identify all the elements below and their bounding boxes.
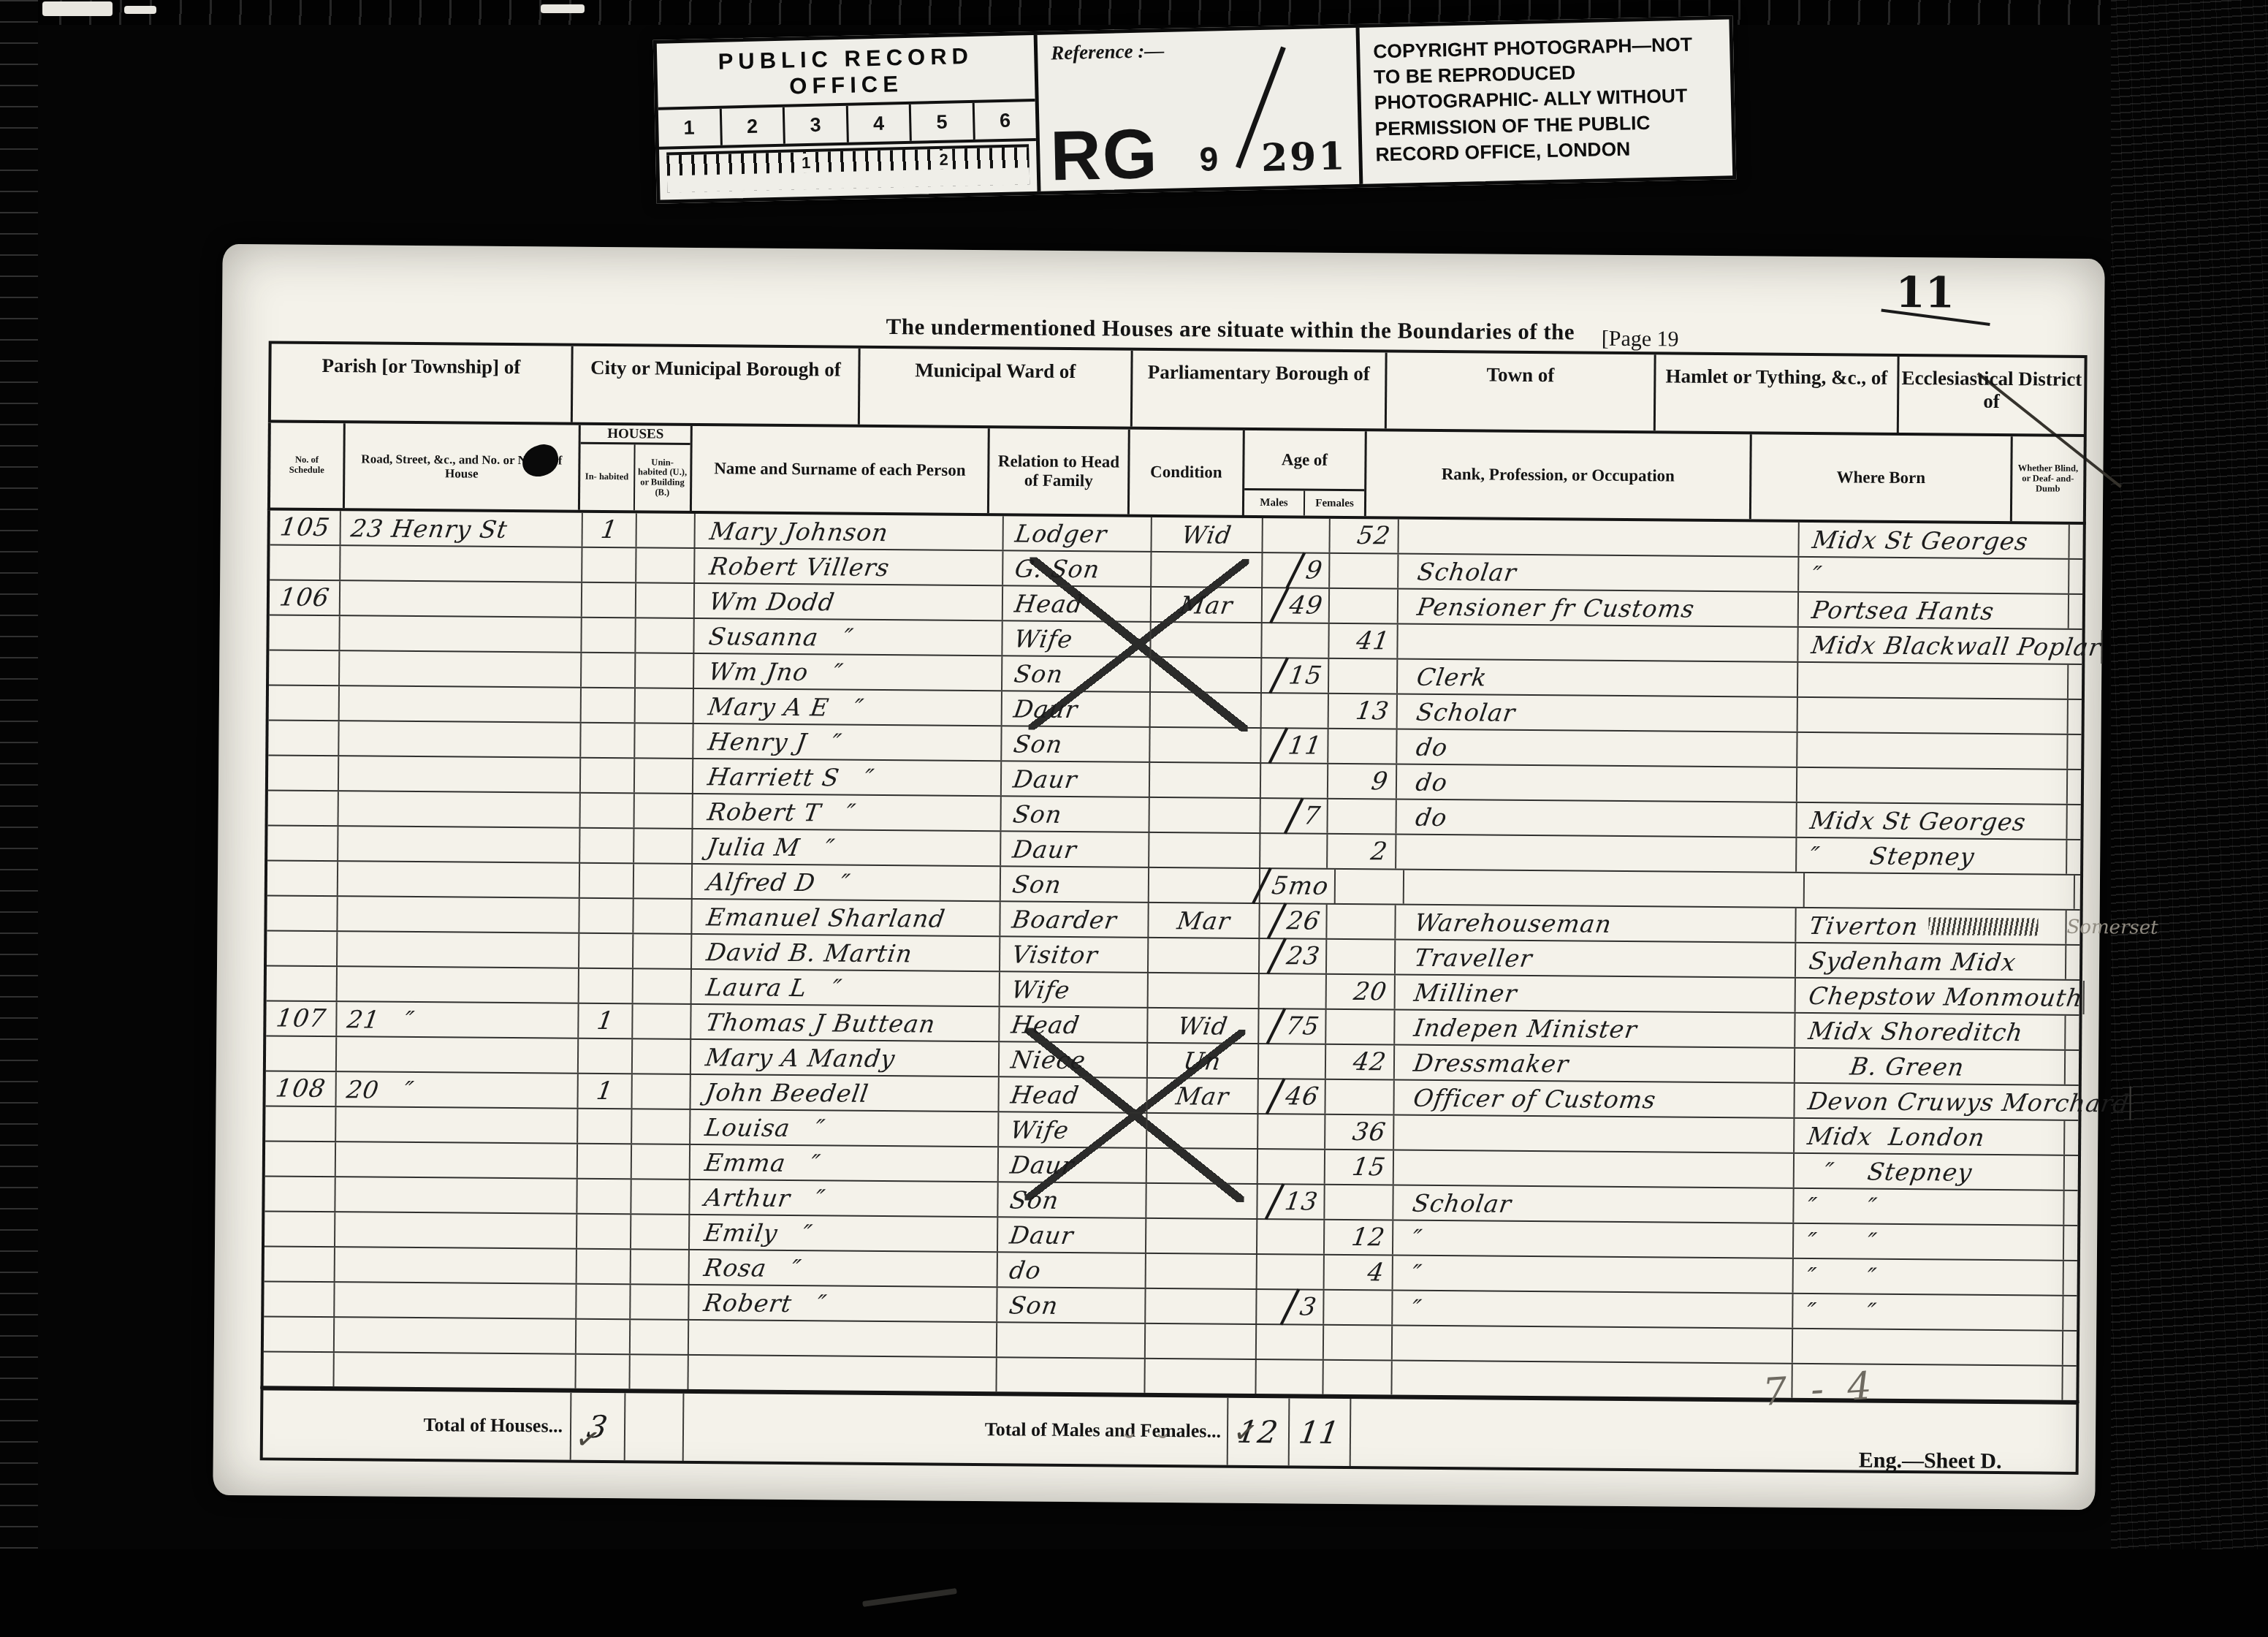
row-person-name-text: Arthur ″	[703, 1183, 828, 1212]
row-occupation	[1396, 835, 1797, 872]
ruler-number: 1	[658, 109, 723, 147]
row-uninhabited	[631, 1180, 690, 1214]
row-schedule-number	[269, 685, 340, 720]
row-age-female	[1330, 589, 1399, 623]
row-relation-text: Son	[1008, 1185, 1062, 1214]
row-age-female-text: 42	[1351, 1047, 1388, 1076]
row-age-male: 75	[1259, 1009, 1326, 1044]
row-age-male: 46	[1258, 1079, 1325, 1114]
row-age-male-text: 23	[1285, 941, 1322, 971]
row-schedule-number	[268, 791, 339, 825]
row-age-female-text: 15	[1350, 1152, 1388, 1182]
row-uninhabited	[631, 1285, 689, 1319]
row-age-female	[1328, 729, 1397, 764]
pro-reference-panel: Reference :— RG 9 291	[1038, 28, 1363, 191]
row-address	[338, 897, 579, 933]
row-relation: Niece	[1000, 1042, 1148, 1077]
col-header-schedule: No. of Schedule	[270, 422, 346, 508]
row-relation-text: Visitor	[1010, 940, 1100, 969]
row-occupation-text: Traveller	[1412, 943, 1534, 972]
row-person-name: Robert Villers	[695, 549, 1003, 585]
row-birthplace-text: Midx St Georges	[1811, 525, 2031, 555]
row-age-male: 13	[1257, 1185, 1325, 1219]
col-header-blind: Whether Blind, or Deaf- and-Dumb	[2012, 436, 2084, 522]
row-uninhabited	[633, 1039, 691, 1074]
col-header-females: Females	[1305, 491, 1364, 517]
row-schedule-number	[267, 896, 338, 930]
col-header-males: Males	[1244, 490, 1305, 516]
row-address	[336, 1107, 578, 1143]
row-inhabited	[579, 899, 633, 933]
row-occupation: ″	[1393, 1291, 1793, 1328]
row-person-name: Thomas J Buttean	[691, 1005, 1000, 1041]
row-blind-note	[2067, 805, 2080, 839]
row-relation: Daur	[1001, 832, 1149, 867]
row-blind-note	[2065, 1121, 2078, 1155]
row-age-male	[1261, 764, 1328, 798]
row-occupation-text: ″	[1410, 1223, 1424, 1252]
row-schedule-number-text: 107	[274, 1004, 328, 1033]
row-birthplace	[1805, 873, 2075, 909]
row-occupation: ″	[1393, 1256, 1794, 1293]
col-header-houses: HOUSES In- habited Unin- habited (U.), o…	[580, 425, 693, 511]
ruler-sub-label: 2	[935, 151, 953, 170]
row-relation	[997, 1323, 1146, 1358]
row-person-name: Mary A Mandy	[691, 1040, 1000, 1076]
row-age-female: 12	[1325, 1220, 1393, 1255]
row-relation-text: Wife	[1010, 975, 1072, 1004]
row-person-name: Arthur ″	[690, 1180, 998, 1216]
row-birthplace	[1797, 768, 2068, 804]
row-condition	[1146, 1324, 1257, 1359]
row-blind-note	[2075, 876, 2080, 909]
row-relation: G. Son	[1003, 551, 1152, 586]
row-schedule-number: 108	[266, 1071, 337, 1106]
row-relation-text: Son	[1012, 659, 1065, 688]
row-condition	[1152, 552, 1263, 587]
pro-office-title: PUBLIC RECORD OFFICE	[657, 35, 1035, 110]
col-header-road: Road, Street, &c., and No. or Name of Ho…	[345, 423, 581, 510]
row-inhabited: 1	[583, 513, 637, 547]
row-inhabited	[576, 1320, 631, 1354]
row-occupation-text: ″	[1410, 1258, 1424, 1287]
row-condition	[1146, 1184, 1257, 1218]
census-table: Parish [or Township] of City or Municipa…	[260, 341, 2088, 1475]
row-birthplace: B. Green	[1795, 1049, 2066, 1085]
row-person-name-text: John Beedell	[704, 1078, 871, 1108]
row-schedule-number-text: 108	[273, 1074, 327, 1104]
ruler-sub-label: 1	[797, 153, 815, 173]
row-address	[338, 967, 579, 1003]
film-scratch	[541, 4, 585, 13]
row-condition	[1146, 1289, 1257, 1323]
row-birthplace: Tiverton	[1796, 908, 2066, 944]
row-address	[339, 721, 581, 757]
row-birthplace	[1798, 663, 2069, 699]
row-birthplace-text: ″ Stepney	[1805, 1157, 1974, 1187]
row-occupation: Milliner	[1396, 976, 1796, 1012]
header-parliamentary-borough: Parliamentary Borough of	[1133, 351, 1388, 429]
row-relation: Daur	[1002, 761, 1150, 797]
tally-stroke	[1280, 1288, 1301, 1325]
ruler-tick-scale: 1 2	[666, 144, 1030, 192]
row-address: 21 ″	[337, 1002, 579, 1038]
row-inhabited	[578, 1144, 632, 1179]
row-birthplace: Midx St Georges	[1797, 803, 2067, 839]
row-uninhabited	[631, 1250, 690, 1284]
row-occupation: ″	[1393, 1221, 1794, 1258]
row-age-female: 52	[1330, 519, 1399, 553]
total-females-handwritten: 11	[1297, 1414, 1343, 1450]
row-address	[338, 932, 579, 968]
row-age-female: 9	[1328, 764, 1397, 799]
row-birthplace: Midx London	[1795, 1119, 2065, 1155]
row-condition	[1147, 1149, 1258, 1183]
row-schedule-number-text: 105	[278, 513, 332, 542]
row-uninhabited	[630, 1355, 688, 1389]
row-birthplace-text: ″	[1810, 561, 1824, 589]
row-age-female	[1336, 870, 1404, 904]
row-age-female-text: 9	[1369, 767, 1390, 796]
row-blind-note	[2063, 1332, 2077, 1365]
row-person-name: Louisa ″	[690, 1110, 999, 1146]
row-relation: Wife	[1002, 621, 1151, 656]
row-person-name: Mary Johnson	[696, 514, 1004, 550]
row-schedule-number: 105	[270, 510, 341, 544]
check-mark: ✓	[1231, 1414, 1260, 1451]
row-birthplace: Midx Shoreditch	[1795, 1014, 2066, 1049]
row-inhabited	[576, 1355, 630, 1389]
page-number-label: [Page 19	[1602, 327, 1679, 352]
row-occupation: Indepen Minister	[1395, 1011, 1795, 1047]
row-occupation: do	[1396, 800, 1797, 837]
row-age-female: 13	[1329, 694, 1398, 729]
row-person-name-text: Emanuel Sharland	[705, 903, 948, 933]
film-edge-left	[0, 0, 38, 1637]
row-uninhabited	[635, 723, 693, 758]
col-header-text: Whether Blind, or Deaf- and-Dumb	[2014, 464, 2082, 495]
row-birthplace: ″ ″	[1794, 1224, 2064, 1260]
row-age-male	[1260, 974, 1327, 1009]
row-occupation-text: Scholar	[1415, 697, 1518, 726]
row-schedule-number	[265, 1247, 335, 1281]
row-person-name: Emma ″	[690, 1145, 999, 1181]
row-relation: Head	[1003, 586, 1152, 621]
row-relation	[997, 1358, 1145, 1393]
row-age-male-text: 5mo	[1270, 871, 1331, 901]
row-address	[336, 1142, 578, 1178]
ruler-number: 2	[721, 107, 785, 145]
row-person-name-text: Wm Jno ″	[707, 657, 845, 686]
row-age-female: 42	[1326, 1045, 1395, 1079]
row-occupation: Clerk	[1398, 660, 1798, 696]
tally-stroke	[1264, 1183, 1285, 1220]
row-relation: Lodger	[1004, 516, 1152, 551]
row-uninhabited	[631, 1320, 689, 1354]
row-uninhabited	[636, 548, 695, 582]
row-inhabited	[582, 653, 636, 688]
row-inhabited-text: 1	[598, 515, 620, 544]
row-occupation-text: Pensioner fr Customs	[1415, 592, 1697, 623]
row-age-male	[1260, 834, 1328, 868]
row-blind-note	[2067, 840, 2080, 874]
row-person-name-text: Harriett S ″	[706, 762, 876, 792]
row-age-male-text: 15	[1287, 661, 1324, 690]
row-person-name-text: David B. Martin	[704, 938, 914, 968]
row-inhabited	[582, 548, 636, 582]
row-birthplace-text: Chepstow Monmouth	[1807, 981, 2085, 1012]
row-uninhabited	[636, 653, 694, 688]
row-schedule-number	[267, 966, 338, 1000]
row-age-male	[1257, 1220, 1325, 1254]
row-age-male-text: 3	[1298, 1293, 1320, 1322]
col-header-inhabited: In- habited	[580, 444, 635, 510]
row-birthplace-text: Sydenham Midx	[1807, 946, 2018, 976]
row-relation: Son	[1001, 797, 1149, 832]
row-schedule-number	[269, 650, 340, 685]
row-condition	[1149, 833, 1260, 867]
film-edge-bottom	[0, 1549, 2268, 1637]
houses-subheaders: In- habited Unin- habited (U.), or Build…	[580, 444, 690, 511]
row-schedule-number	[267, 861, 338, 895]
sheet-designation: Eng.—Sheet D.	[1859, 1448, 2002, 1475]
row-schedule-number	[268, 721, 339, 755]
row-schedule-number	[267, 931, 338, 965]
row-condition: Mar	[1152, 588, 1263, 622]
row-birthplace-text: ″ ″	[1804, 1297, 1878, 1326]
row-schedule-number	[270, 545, 340, 580]
row-occupation	[1398, 625, 1798, 661]
row-age-male-text: 49	[1287, 590, 1325, 620]
row-blind-note	[2065, 1156, 2078, 1190]
row-uninhabited	[635, 794, 693, 828]
row-birthplace-text: ″ ″	[1805, 1227, 1879, 1256]
row-occupation: Warehouseman	[1396, 905, 1796, 942]
row-age-female	[1325, 1185, 1393, 1220]
row-relation-text: Wife	[1008, 1115, 1070, 1144]
col-header-name: Name and Surname of each Person	[692, 426, 990, 513]
row-blind-note	[2068, 735, 2081, 769]
row-relation: Son	[1002, 726, 1150, 761]
row-schedule-number: 106	[270, 580, 340, 615]
row-schedule-number	[268, 756, 339, 790]
row-relation: Head	[999, 1077, 1147, 1112]
row-blind-note	[2069, 560, 2082, 593]
col-header-text: Age of	[1244, 430, 1365, 489]
header-parish: Parish [or Township] of	[271, 343, 574, 422]
row-person-name-text: Wm Dodd	[707, 587, 837, 616]
row-condition-text: Wid	[1180, 520, 1234, 549]
header-town: Town of	[1387, 352, 1656, 430]
row-condition: Mar	[1147, 1079, 1258, 1113]
row-age-female	[1323, 1361, 1392, 1395]
row-occupation	[1399, 520, 1799, 556]
row-occupation	[1393, 1326, 1793, 1363]
row-age-female-text: 36	[1350, 1117, 1388, 1147]
row-age-male	[1257, 1325, 1324, 1359]
row-inhabited: 1	[579, 1004, 633, 1038]
row-birthplace: Midx St Georges	[1799, 523, 2069, 558]
row-age-male	[1262, 694, 1329, 728]
row-relation-text: G. Son	[1013, 554, 1102, 583]
row-age-female-text: 52	[1355, 521, 1392, 550]
row-person-name-text: Julia M ″	[705, 832, 837, 862]
row-birthplace-text: Devon Cruwys Morchard	[1806, 1087, 2131, 1117]
tally-stroke	[1266, 938, 1287, 974]
row-age-male-text: 11	[1286, 731, 1323, 760]
ruler-number: 3	[785, 106, 849, 144]
row-relation-text: Head	[1013, 589, 1085, 618]
row-occupation-text: Scholar	[1415, 557, 1518, 586]
row-age-male	[1258, 1114, 1325, 1149]
tally-stroke	[1284, 797, 1304, 834]
row-uninhabited	[635, 759, 693, 793]
tally-stroke	[1266, 1078, 1286, 1114]
row-person-name-text: Mary A E ″	[707, 692, 866, 722]
total-houses-label: Total of Houses...	[263, 1390, 572, 1459]
row-person-name: Robert ″	[689, 1285, 997, 1321]
row-blind-note	[2064, 1191, 2077, 1225]
row-age-male	[1256, 1360, 1323, 1394]
row-age-male-text: 7	[1302, 802, 1323, 831]
row-occupation: Dressmaker	[1395, 1046, 1795, 1082]
struck-out-word	[1928, 917, 2038, 935]
area-header-row: Parish [or Township] of City or Municipa…	[268, 341, 2088, 437]
col-header-text: Relation to Head of Family	[991, 452, 1126, 490]
tally-stroke	[1269, 587, 1290, 623]
row-relation: Son	[1001, 867, 1149, 902]
row-relation: Wife	[1000, 972, 1149, 1007]
row-relation-text: Son	[1011, 799, 1065, 828]
reference-series: 9	[1199, 139, 1219, 179]
row-uninhabited	[637, 513, 696, 547]
col-header-uninhabited: Unin- habited (U.), or Building (B.)	[634, 445, 690, 511]
row-age-female: 41	[1329, 624, 1398, 658]
row-birthplace: ″	[1799, 558, 2069, 593]
row-age-female-text: 12	[1350, 1223, 1387, 1252]
row-condition	[1149, 938, 1260, 973]
column-header-row: No. of Schedule Road, Street, &c., and N…	[267, 422, 2087, 525]
row-person-name-text: Emily ″	[702, 1218, 815, 1247]
row-condition	[1150, 763, 1261, 797]
row-birthplace: ″ ″	[1793, 1294, 2063, 1330]
row-person-name-text: Mary Johnson	[708, 517, 891, 547]
row-condition: Mar	[1149, 903, 1260, 938]
row-age-female-text: 4	[1366, 1258, 1387, 1287]
row-uninhabited	[632, 1074, 690, 1109]
row-blind-note: Somerset	[2066, 911, 2158, 945]
row-occupation-text: ″	[1409, 1294, 1423, 1322]
col-header-born: Where Born	[1751, 434, 2013, 521]
row-inhabited	[580, 829, 634, 863]
row-relation: Wife	[999, 1112, 1147, 1147]
row-uninhabited	[636, 583, 695, 618]
row-birthplace-text: Tiverton	[1808, 911, 1921, 941]
row-person-name-text: Louisa ″	[703, 1113, 827, 1142]
col-header-text: Where Born	[1836, 468, 1925, 487]
ruler-number: 4	[848, 105, 912, 143]
row-age-male: 11	[1261, 729, 1328, 763]
row-inhabited	[581, 794, 635, 828]
census-rows: 10523 Henry St1Mary JohnsonLodgerWid52Mi…	[260, 510, 2085, 1403]
row-address	[340, 616, 582, 652]
row-occupation	[1394, 1151, 1795, 1188]
pro-ruler-panel: PUBLIC RECORD OFFICE 1 2 3 4 5 6 1 2	[657, 35, 1041, 200]
row-relation-text: Daur	[1008, 1220, 1076, 1250]
row-person-name	[689, 1321, 997, 1356]
row-birthplace-text: Midx St Georges	[1808, 806, 2028, 836]
row-birthplace	[1797, 733, 2068, 769]
row-age-male	[1259, 1044, 1326, 1079]
row-person-name: David B. Martin	[692, 935, 1000, 971]
row-relation: Daur	[999, 1147, 1147, 1182]
row-occupation: do	[1397, 730, 1797, 767]
row-relation-text: Head	[1009, 1080, 1081, 1109]
row-blind-note	[2064, 1226, 2077, 1260]
row-person-name: Robert T ″	[693, 794, 1002, 830]
row-inhabited-text: 1	[595, 1006, 616, 1036]
row-uninhabited	[634, 864, 693, 898]
row-inhabited	[577, 1215, 631, 1249]
row-relation-text: Daur	[1008, 1150, 1076, 1180]
row-age-male: 26	[1260, 904, 1327, 938]
col-header-text: Condition	[1150, 463, 1222, 482]
row-inhabited	[580, 864, 634, 898]
census-scan-page: { "plate": { "office": "PUBLIC RECORD OF…	[0, 0, 2268, 1637]
row-birthplace: Devon Cruwys Morchard	[1795, 1084, 2131, 1120]
row-birthplace-text: Midx Blackwall Poplar	[1810, 631, 2104, 661]
row-person-name: Emanuel Sharland	[692, 900, 1000, 935]
row-blind-note	[2063, 1367, 2076, 1400]
row-schedule-number	[265, 1177, 335, 1211]
row-blind-note	[2069, 525, 2082, 558]
tally-stroke	[1286, 552, 1306, 588]
row-condition-text: Mar	[1174, 1082, 1231, 1111]
row-occupation: Scholar	[1393, 1186, 1794, 1223]
row-age-male: 5mo	[1260, 869, 1336, 903]
ruler-inch-scale: 1 2 3 4 5 6	[658, 102, 1036, 150]
row-person-name: Susanna ″	[694, 619, 1002, 655]
pro-reference-plate: PUBLIC RECORD OFFICE 1 2 3 4 5 6 1 2 Ref…	[653, 15, 1737, 203]
row-condition: Un	[1148, 1044, 1259, 1078]
row-schedule-number-text: 106	[278, 583, 332, 612]
row-birthplace: Chepstow Monmouth	[1796, 979, 2085, 1014]
row-condition	[1151, 693, 1262, 727]
row-person-name-text: Rosa ″	[702, 1253, 804, 1283]
row-age-female	[1326, 1010, 1395, 1044]
row-address	[340, 546, 582, 582]
row-age-female: 2	[1328, 835, 1396, 869]
reference-piece: 291	[1260, 134, 1347, 181]
row-age-female-text: 41	[1354, 626, 1391, 656]
row-person-name-text: Henry J ″	[707, 727, 844, 756]
row-person-name: John Beedell	[690, 1075, 999, 1111]
row-occupation: Officer of Customs	[1394, 1081, 1795, 1117]
row-condition	[1147, 1114, 1258, 1148]
row-relation-text: do	[1008, 1256, 1043, 1284]
row-age-male	[1263, 518, 1330, 552]
film-edge-top	[0, 0, 2268, 25]
row-condition	[1149, 973, 1260, 1008]
row-birthplace-text: Midx Shoreditch	[1806, 1017, 2025, 1047]
row-uninhabited	[636, 618, 694, 653]
age-subheaders: Males Females	[1244, 488, 1364, 516]
row-person-name-text: Robert ″	[702, 1288, 829, 1318]
row-age-male-text: 13	[1282, 1187, 1320, 1216]
row-person-name-text: Emma ″	[703, 1148, 823, 1177]
row-birthplace: ″ ″	[1794, 1259, 2064, 1295]
row-age-female: 4	[1325, 1256, 1393, 1290]
